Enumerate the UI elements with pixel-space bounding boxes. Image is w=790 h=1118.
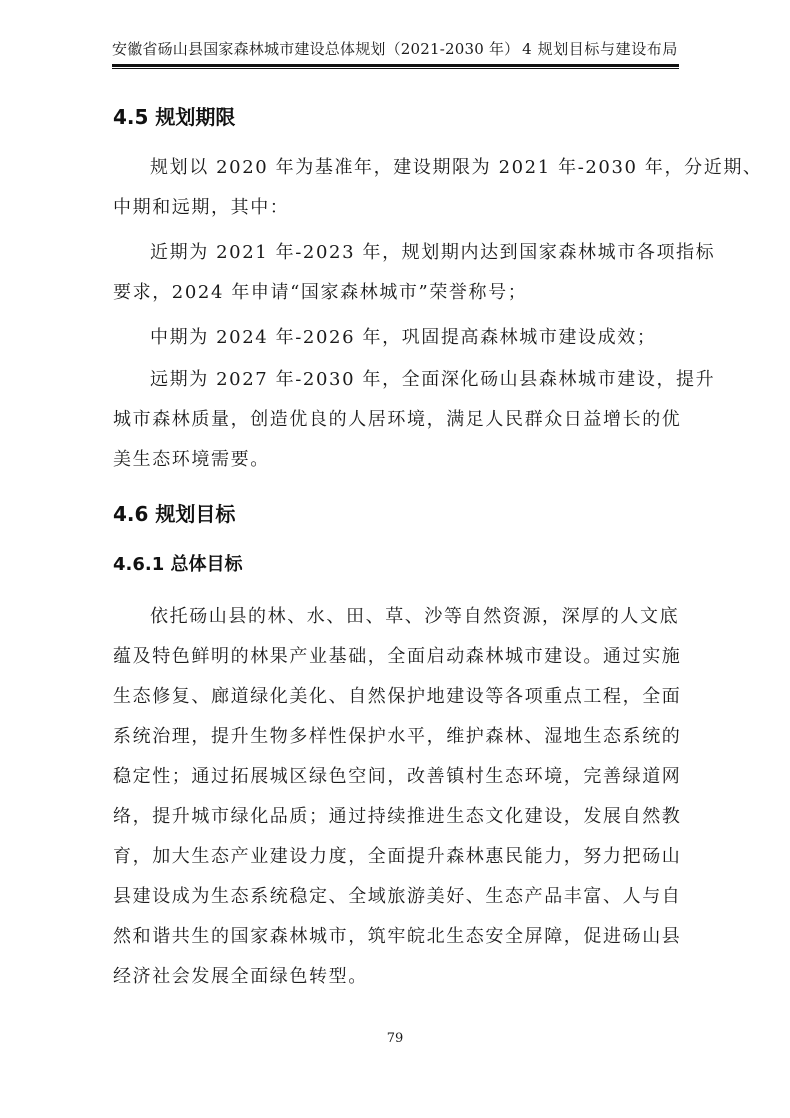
- section-heading-4-5: 4.5 规划期限: [113, 103, 235, 131]
- text-line: 美生态环境需要。: [113, 440, 678, 480]
- paragraph-near-term: 近期为 2021 年-2023 年，规划期内达到国家森林城市各项指标 要求，20…: [113, 233, 678, 313]
- text-line: 络，提升城市绿化品质；通过持续推进生态文化建设，发展自然教: [113, 797, 678, 837]
- header-chapter-title: 4 规划目标与建设布局: [522, 38, 678, 60]
- header-rule-thin: [112, 68, 679, 69]
- paragraph-long-term: 远期为 2027 年-2030 年，全面深化砀山县森林城市建设，提升 城市森林质…: [113, 360, 678, 480]
- header-document-title: 安徽省砀山县国家森林城市建设总体规划（2021-2030 年）: [112, 38, 519, 60]
- text-line: 依托砀山县的林、水、田、草、沙等自然资源，深厚的人文底: [113, 597, 678, 637]
- subsection-heading-4-6-1: 4.6.1 总体目标: [113, 552, 243, 578]
- running-header: 安徽省砀山县国家森林城市建设总体规划（2021-2030 年） 4 规划目标与建…: [112, 38, 678, 60]
- text-line: 远期为 2027 年-2030 年，全面深化砀山县森林城市建设，提升: [113, 360, 678, 400]
- text-line: 育，加大生态产业建设力度，全面提升森林惠民能力，努力把砀山: [113, 837, 678, 877]
- section-heading-4-6: 4.6 规划目标: [113, 500, 235, 528]
- text-line: 中期为 2024 年-2026 年，巩固提高森林城市建设成效；: [113, 318, 678, 358]
- text-line: 系统治理，提升生物多样性保护水平，维护森林、湿地生态系统的: [113, 717, 678, 757]
- page-number: 79: [0, 1030, 790, 1048]
- paragraph-overall-goal: 依托砀山县的林、水、田、草、沙等自然资源，深厚的人文底 蕴及特色鲜明的林果产业基…: [113, 597, 678, 997]
- text-line: 县建设成为生态系统稳定、全域旅游美好、生态产品丰富、人与自: [113, 877, 678, 917]
- text-line: 要求，2024 年申请“国家森林城市”荣誉称号；: [113, 273, 678, 313]
- header-rule-thick: [112, 64, 679, 67]
- paragraph-mid-term: 中期为 2024 年-2026 年，巩固提高森林城市建设成效；: [113, 318, 678, 358]
- text-line: 近期为 2021 年-2023 年，规划期内达到国家森林城市各项指标: [113, 233, 678, 273]
- text-line: 生态修复、廊道绿化美化、自然保护地建设等各项重点工程，全面: [113, 677, 678, 717]
- text-line: 规划以 2020 年为基准年，建设期限为 2021 年-2030 年，分近期、: [113, 148, 678, 188]
- text-line: 稳定性；通过拓展城区绿色空间，改善镇村生态环境，完善绿道网: [113, 757, 678, 797]
- text-line: 然和谐共生的国家森林城市，筑牢皖北生态安全屏障，促进砀山县: [113, 917, 678, 957]
- text-line: 蕴及特色鲜明的林果产业基础，全面启动森林城市建设。通过实施: [113, 637, 678, 677]
- text-line: 经济社会发展全面绿色转型。: [113, 957, 678, 997]
- text-line: 中期和远期，其中：: [113, 188, 678, 228]
- text-line: 城市森林质量，创造优良的人居环境，满足人民群众日益增长的优: [113, 400, 678, 440]
- paragraph-base-year: 规划以 2020 年为基准年，建设期限为 2021 年-2030 年，分近期、 …: [113, 148, 678, 228]
